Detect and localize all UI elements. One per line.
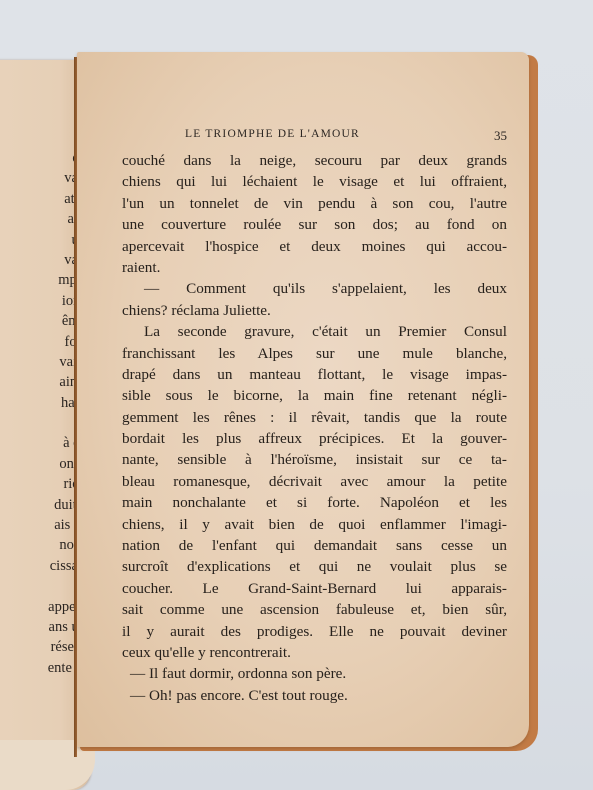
text-line: franchissant les Alpes sur une mule blan… bbox=[122, 343, 507, 364]
text-line: surcroît d'explications et qui ne voulai… bbox=[122, 556, 507, 577]
dialogue-line: — Oh! pas encore. C'est tout rouge. bbox=[122, 685, 507, 706]
text-line: bordait les plus affreux précipices. Et … bbox=[122, 428, 507, 449]
text-line: gemment les rênes : il rêvait, tandis qu… bbox=[122, 407, 507, 428]
text-line: chiens qui lui léchaient le visage et lu… bbox=[122, 171, 507, 192]
running-header-title: LE TRIOMPHE DE L'AMOUR bbox=[185, 128, 360, 144]
text-line: couché dans la neige, secouru par deux g… bbox=[122, 150, 507, 171]
text-line: nante, sensible à l'héroïsme, insistait … bbox=[122, 449, 507, 470]
dialogue-line: — Comment qu'ils s'appelaient, les deux bbox=[122, 278, 507, 299]
text-line: chiens? réclama Juliette. bbox=[122, 300, 507, 321]
text-line: nation de l'enfant qui demandait sans ce… bbox=[122, 535, 507, 556]
text-line: chiens, il y avait bien de quoi enflamme… bbox=[122, 514, 507, 535]
paragraph-start: La seconde gravure, c'était un Premier C… bbox=[122, 321, 507, 342]
text-line: coucher. Le Grand-Saint-Bernard lui appa… bbox=[122, 578, 507, 599]
text-line: l'un un tonnelet de vin pendu à son cou,… bbox=[122, 193, 507, 214]
text-line: apercevait l'hospice et deux moines qui … bbox=[122, 236, 507, 257]
text-line: drapé dans un manteau flottant, le visag… bbox=[122, 364, 507, 385]
text-line: sait comme une ascension fabuleuse et, b… bbox=[122, 599, 507, 620]
text-line: sible sous le bicorne, la main fine rete… bbox=[122, 385, 507, 406]
text-line: raient. bbox=[122, 257, 507, 278]
page-number: 35 bbox=[494, 128, 507, 144]
text-line: main nonchalante et si forte. Napoléon e… bbox=[122, 492, 507, 513]
page-body-text: couché dans la neige, secouru par deux g… bbox=[122, 150, 507, 706]
text-line: une couverture roulée sur son dos; au fo… bbox=[122, 214, 507, 235]
text-line: ceux qu'elle y rencontrerait. bbox=[122, 642, 507, 663]
text-line: bleau romanesque, décrivait avec amour l… bbox=[122, 471, 507, 492]
text-line: il y aurait des prodiges. Elle ne pouvai… bbox=[122, 621, 507, 642]
running-header: LE TRIOMPHE DE L'AMOUR 35 bbox=[185, 128, 507, 144]
dialogue-line: — Il faut dormir, ordonna son père. bbox=[122, 663, 507, 684]
